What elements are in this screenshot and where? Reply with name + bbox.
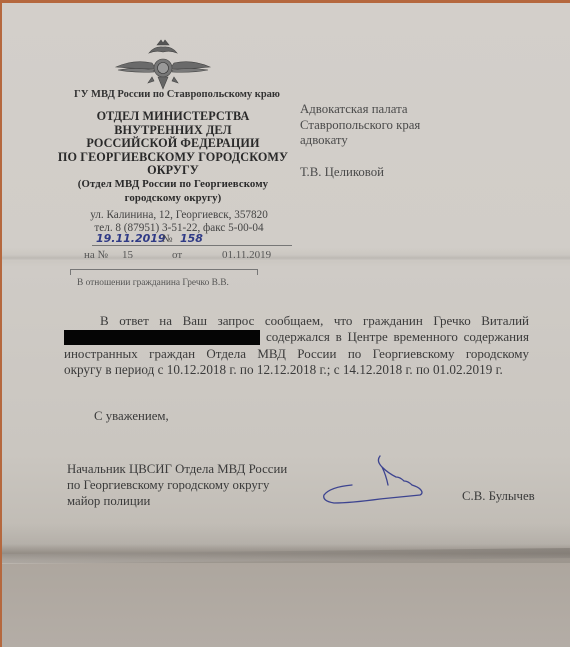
reference-label: на № xyxy=(84,249,108,261)
organization-name: ОТДЕЛ МИНИСТЕРСТВА ВНУТРЕННИХ ДЕЛ РОССИЙ… xyxy=(54,110,292,205)
body-line: В ответ на Ваш запрос сообщаем, что граж… xyxy=(64,313,529,329)
subject-bracket xyxy=(70,269,258,276)
handwritten-date: 19.11.2019 xyxy=(96,232,166,245)
letter-paper: ГУ МВД России по Ставропольскому краю ОТ… xyxy=(2,3,570,647)
org-line: РОССИЙСКОЙ ФЕДЕРАЦИИ xyxy=(54,137,292,151)
reference-from-label: от xyxy=(172,249,182,261)
letter-body: В ответ на Ваш запрос сообщаем, что граж… xyxy=(64,313,529,379)
recipient-line: Ставропольского края xyxy=(300,118,420,134)
org-short-name: (Отдел МВД России по Георгиевскому xyxy=(54,178,292,192)
mvd-emblem-icon xyxy=(114,37,212,93)
signer-title-line: по Георгиевскому городскому округу xyxy=(67,477,287,493)
handwritten-number: 158 xyxy=(180,232,203,245)
recipient-name: Т.В. Целиковой xyxy=(300,165,420,181)
recipient-line: Адвокатская палата xyxy=(300,102,420,118)
org-short-name: городскому округу) xyxy=(54,192,292,206)
body-line: иностранных граждан Отдела МВД России по… xyxy=(64,346,529,362)
registration-line: 19.11.2019 № 158 xyxy=(64,232,294,246)
body-line-text: содержался в Центре временного содержани… xyxy=(266,329,529,345)
signer-name: С.В. Булычев xyxy=(462,489,535,504)
contact-block: ул. Калинина, 12, Георгиевск, 357820 тел… xyxy=(64,209,294,234)
parent-organization: ГУ МВД России по Ставропольскому краю xyxy=(62,89,292,100)
body-line: содержался в Центре временного содержани… xyxy=(64,329,529,345)
signer-title-line: Начальник ЦВСИГ Отдела МВД России xyxy=(67,461,287,477)
address: ул. Калинина, 12, Георгиевск, 357820 xyxy=(64,209,294,222)
org-line: ПО ГЕОРГИЕВСКОМУ ГОРОДСКОМУ xyxy=(54,151,292,165)
reference-number: 15 xyxy=(122,249,133,261)
org-line: ОТДЕЛ МИНИСТЕРСТВА xyxy=(54,110,292,124)
org-line: ОКРУГУ xyxy=(54,164,292,178)
signer-title-line: майор полиции xyxy=(67,493,287,509)
number-label: № xyxy=(162,233,173,245)
org-line: ВНУТРЕННИХ ДЕЛ xyxy=(54,124,292,138)
recipient-line: адвокату xyxy=(300,133,420,149)
signature-icon xyxy=(320,453,445,508)
regards: С уважением, xyxy=(94,409,169,424)
reference-date: 01.11.2019 xyxy=(222,249,271,261)
recipient-block: Адвокатская палата Ставропольского края … xyxy=(300,102,420,180)
body-line: округу в период с 10.12.2018 г. по 12.12… xyxy=(64,362,529,378)
signer-title: Начальник ЦВСИГ Отдела МВД России по Гео… xyxy=(67,461,287,509)
subject-line: В отношении гражданина Гречко В.В. xyxy=(77,278,229,288)
registration-underline xyxy=(92,245,292,246)
redaction-block xyxy=(64,330,260,345)
